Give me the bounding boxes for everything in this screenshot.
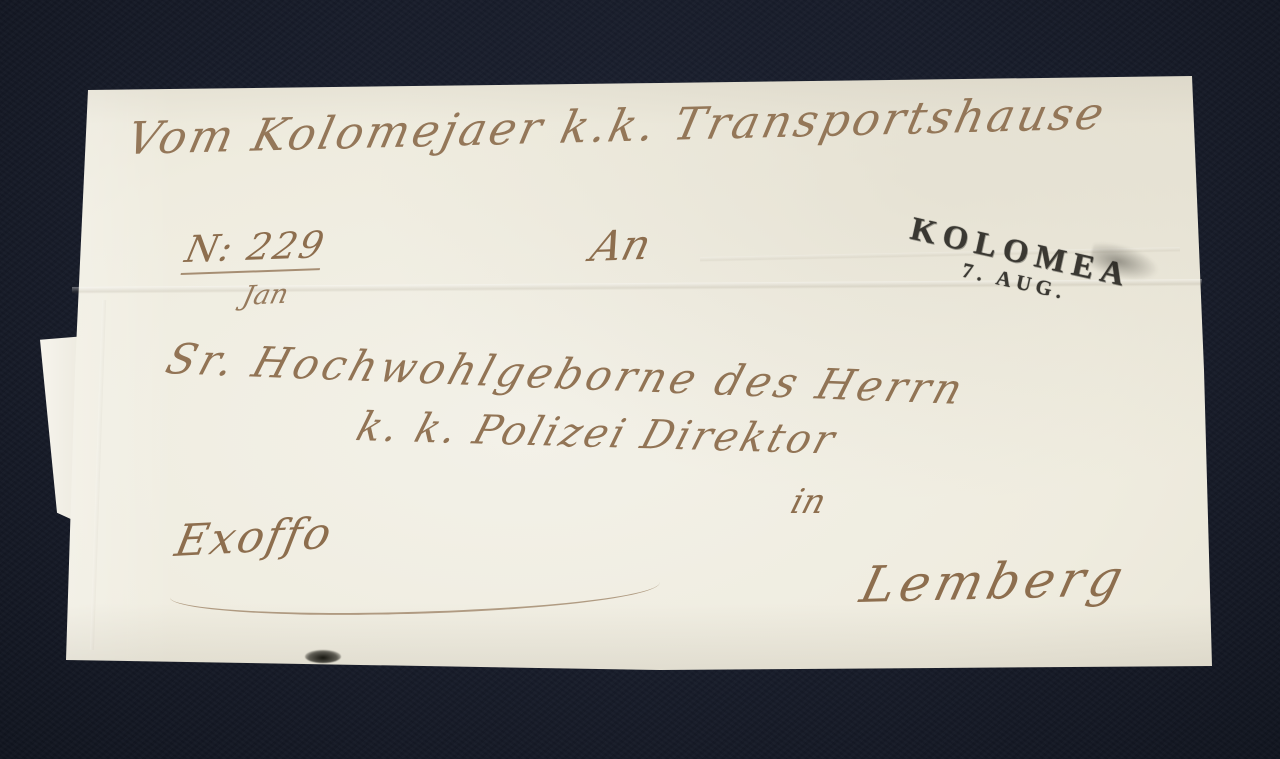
handwriting-exoffo-franchise-mark: Exoffo <box>171 508 337 567</box>
dispatch-number-text: N: 229 <box>181 223 330 275</box>
handwriting-note: Jan <box>239 279 291 312</box>
handwriting-destination-city: Lemberg <box>855 549 1133 614</box>
handwriting-dispatch-number: N: 229 <box>181 223 329 271</box>
ink-smudge <box>305 650 341 663</box>
